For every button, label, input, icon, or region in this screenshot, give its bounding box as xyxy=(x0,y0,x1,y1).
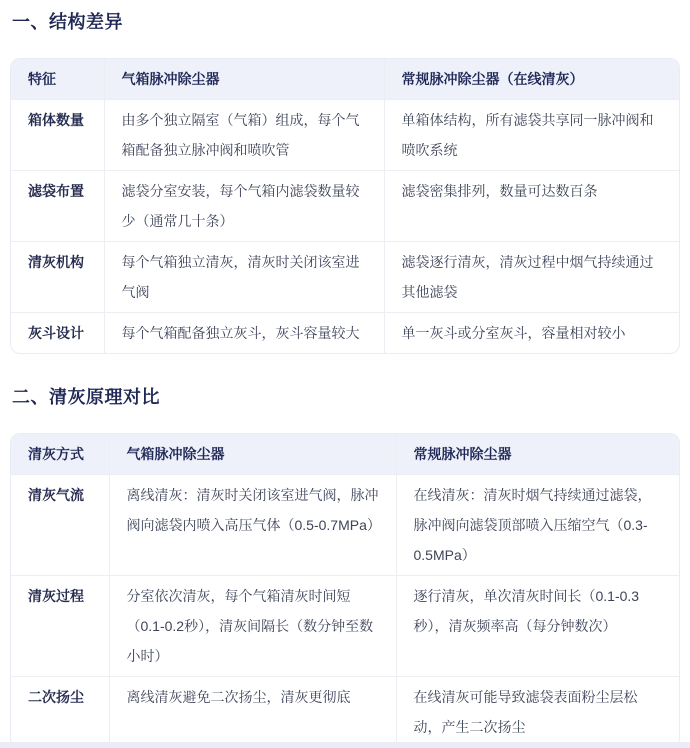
table-cell: 在线清灰可能导致滤袋表面粉尘层松动，产生二次扬尘 xyxy=(396,677,679,748)
table-header-row: 清灰方式 气箱脉冲除尘器 常规脉冲除尘器 xyxy=(11,434,679,475)
cleaning-comparison-table-wrapper: 清灰方式 气箱脉冲除尘器 常规脉冲除尘器 清灰气流 离线清灰：清灰时关闭该室进气… xyxy=(10,433,680,748)
table-cell: 每个气箱独立清灰，清灰时关闭该室进气阀 xyxy=(104,242,384,313)
next-table-header-edge xyxy=(0,742,690,748)
column-header-airbox-pulse: 气箱脉冲除尘器 xyxy=(104,59,384,100)
section-structure-differences: 一、结构差异 特征 气箱脉冲除尘器 常规脉冲除尘器（在线清灰） xyxy=(10,8,680,354)
document-content: 一、结构差异 特征 气箱脉冲除尘器 常规脉冲除尘器（在线清灰） xyxy=(0,0,690,748)
table-row: 灰斗设计 每个气箱配备独立灰斗，灰斗容量较大 单一灰斗或分室灰斗，容量相对较小 xyxy=(11,313,679,354)
table-cell: 离线清灰：清灰时关闭该室进气阀，脉冲阀向滤袋内喷入高压气体（0.5-0.7MPa… xyxy=(109,475,396,576)
column-header-cleaning-mode: 清灰方式 xyxy=(11,434,109,475)
table-cell: 滤袋逐行清灰，清灰过程中烟气持续通过其他滤袋 xyxy=(384,242,679,313)
section-title: 一、结构差异 xyxy=(12,8,680,34)
row-label: 清灰机构 xyxy=(11,242,104,313)
table-cell: 每个气箱配备独立灰斗，灰斗容量较大 xyxy=(104,313,384,354)
table-cell: 由多个独立隔室（气箱）组成，每个气箱配备独立脉冲阀和喷吹管 xyxy=(104,100,384,171)
column-header-feature: 特征 xyxy=(11,59,104,100)
row-label: 清灰气流 xyxy=(11,475,109,576)
table-cell: 滤袋分室安装，每个气箱内滤袋数量较少（通常几十条） xyxy=(104,171,384,242)
table-cell: 在线清灰：清灰时烟气持续通过滤袋，脉冲阀向滤袋顶部喷入压缩空气（0.3-0.5M… xyxy=(396,475,679,576)
document-page: 一、结构差异 特征 气箱脉冲除尘器 常规脉冲除尘器（在线清灰） xyxy=(0,0,690,748)
section-title: 二、清灰原理对比 xyxy=(12,383,680,409)
row-label: 灰斗设计 xyxy=(11,313,104,354)
table-cell: 分室依次清灰，每个气箱清灰时间短（0.1-0.2秒），清灰间隔长（数分钟至数小时… xyxy=(109,576,396,677)
structure-comparison-table-wrapper: 特征 气箱脉冲除尘器 常规脉冲除尘器（在线清灰） 箱体数量 由多个独立隔室（气箱… xyxy=(10,58,680,354)
row-label: 清灰过程 xyxy=(11,576,109,677)
table-row: 滤袋布置 滤袋分室安装，每个气箱内滤袋数量较少（通常几十条） 滤袋密集排列，数量… xyxy=(11,171,679,242)
column-header-conventional-pulse: 常规脉冲除尘器（在线清灰） xyxy=(384,59,679,100)
column-header-conventional-pulse: 常规脉冲除尘器 xyxy=(396,434,679,475)
table-cell: 滤袋密集排列，数量可达数百条 xyxy=(384,171,679,242)
cleaning-comparison-table: 清灰方式 气箱脉冲除尘器 常规脉冲除尘器 清灰气流 离线清灰：清灰时关闭该室进气… xyxy=(11,434,679,747)
table-cell: 单一灰斗或分室灰斗，容量相对较小 xyxy=(384,313,679,354)
table-cell: 单箱体结构，所有滤袋共享同一脉冲阀和喷吹系统 xyxy=(384,100,679,171)
row-label: 滤袋布置 xyxy=(11,171,104,242)
table-row: 清灰气流 离线清灰：清灰时关闭该室进气阀，脉冲阀向滤袋内喷入高压气体（0.5-0… xyxy=(11,475,679,576)
row-label: 二次扬尘 xyxy=(11,677,109,748)
column-header-airbox-pulse: 气箱脉冲除尘器 xyxy=(109,434,396,475)
table-cell: 离线清灰避免二次扬尘，清灰更彻底 xyxy=(109,677,396,748)
table-row: 箱体数量 由多个独立隔室（气箱）组成，每个气箱配备独立脉冲阀和喷吹管 单箱体结构… xyxy=(11,100,679,171)
table-cell: 逐行清灰，单次清灰时间长（0.1-0.3秒），清灰频率高（每分钟数次） xyxy=(396,576,679,677)
table-header-row: 特征 气箱脉冲除尘器 常规脉冲除尘器（在线清灰） xyxy=(11,59,679,100)
table-row: 二次扬尘 离线清灰避免二次扬尘，清灰更彻底 在线清灰可能导致滤袋表面粉尘层松动，… xyxy=(11,677,679,748)
table-row: 清灰过程 分室依次清灰，每个气箱清灰时间短（0.1-0.2秒），清灰间隔长（数分… xyxy=(11,576,679,677)
structure-comparison-table: 特征 气箱脉冲除尘器 常规脉冲除尘器（在线清灰） 箱体数量 由多个独立隔室（气箱… xyxy=(11,59,679,353)
row-label: 箱体数量 xyxy=(11,100,104,171)
section-cleaning-principle: 二、清灰原理对比 清灰方式 气箱脉冲除尘器 常规脉冲除尘器 xyxy=(10,383,680,748)
table-row: 清灰机构 每个气箱独立清灰，清灰时关闭该室进气阀 滤袋逐行清灰，清灰过程中烟气持… xyxy=(11,242,679,313)
